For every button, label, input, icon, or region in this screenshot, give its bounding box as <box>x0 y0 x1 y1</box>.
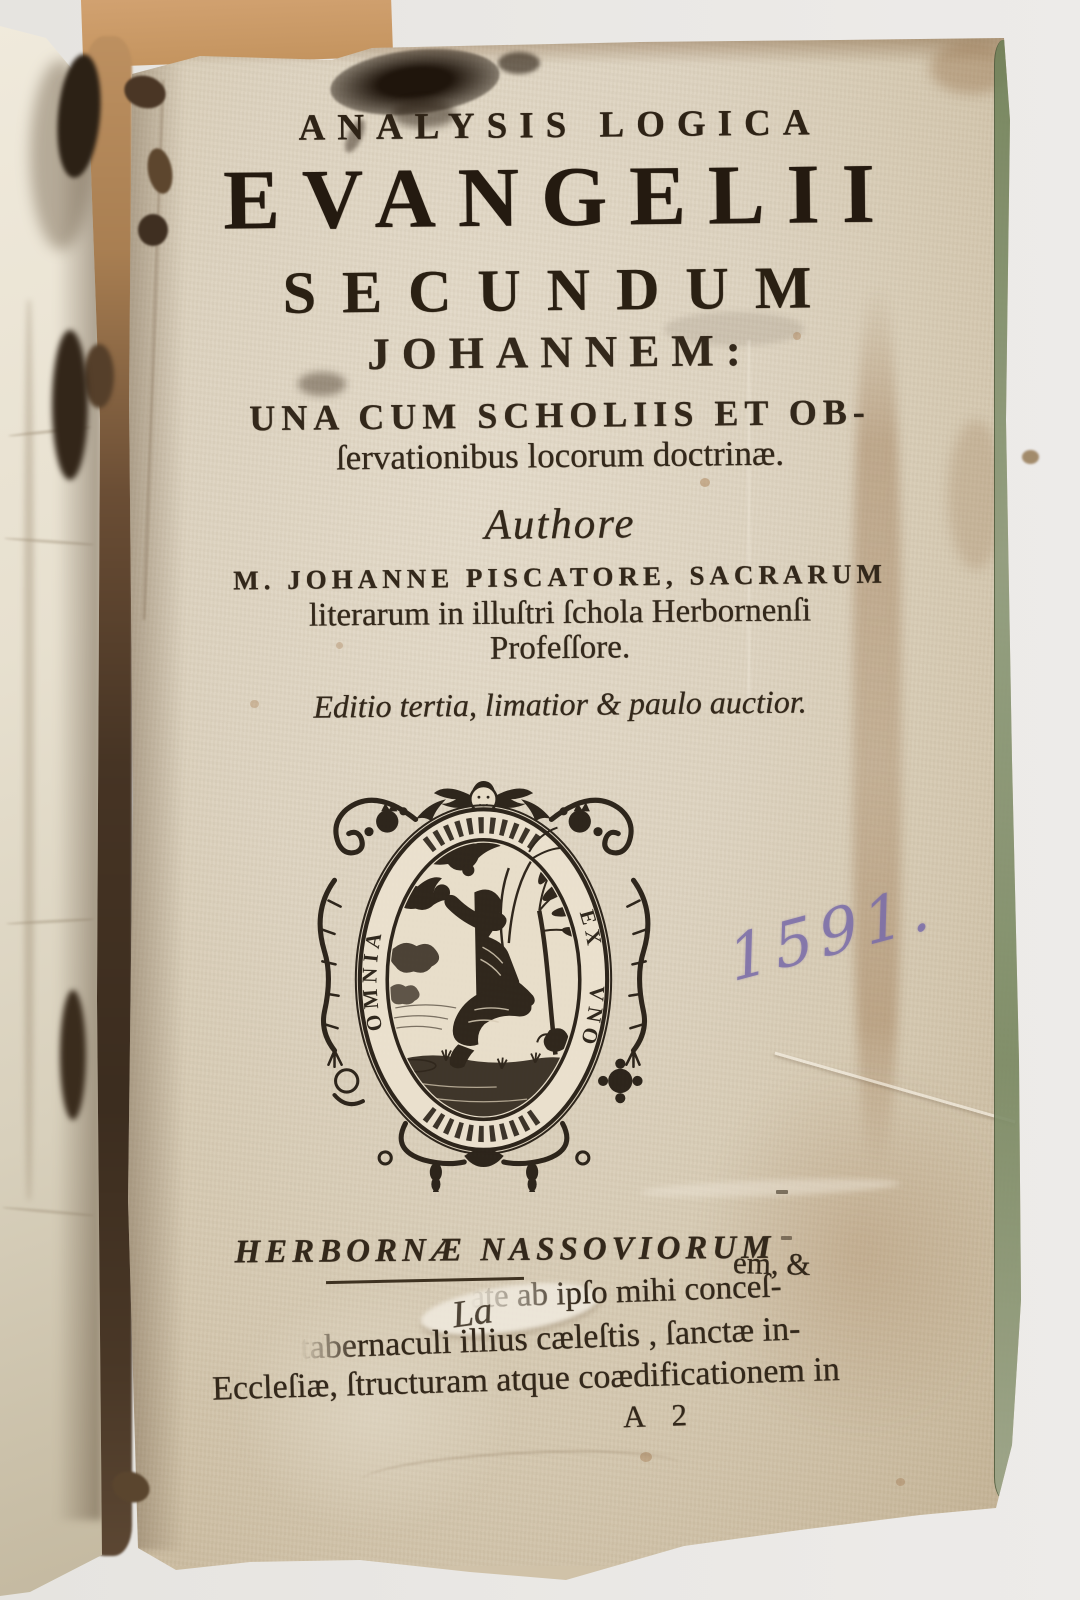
foxing-spot <box>700 478 710 487</box>
signature-mark: A 2 <box>599 1396 720 1436</box>
ink-blotch <box>498 52 540 74</box>
printer-device-woodcut: OMNIA EX VNO <box>294 756 674 1192</box>
title-page-header: ANALYSIS LOGICA <box>130 99 990 151</box>
spine-tatter <box>52 330 88 480</box>
cover-inner-shadow <box>56 80 102 1520</box>
photo-of-book: ANALYSIS LOGICA EVANGELII SECUNDUM JOHAN… <box>0 0 1080 1600</box>
binding-knob <box>138 214 168 246</box>
binding-knob <box>84 344 114 408</box>
foxing-spot <box>896 1478 905 1486</box>
fore-edge-green <box>994 40 1021 1502</box>
background-speck <box>1022 450 1039 464</box>
title-secundum: SECUNDUM <box>130 251 991 329</box>
title-main: EVANGELII <box>130 143 991 250</box>
ink-fragment <box>776 1190 788 1194</box>
byline-authore: Authore <box>130 495 990 553</box>
spine-tatter <box>60 990 86 1120</box>
title-johannem: JOHANNEM: <box>130 321 990 382</box>
